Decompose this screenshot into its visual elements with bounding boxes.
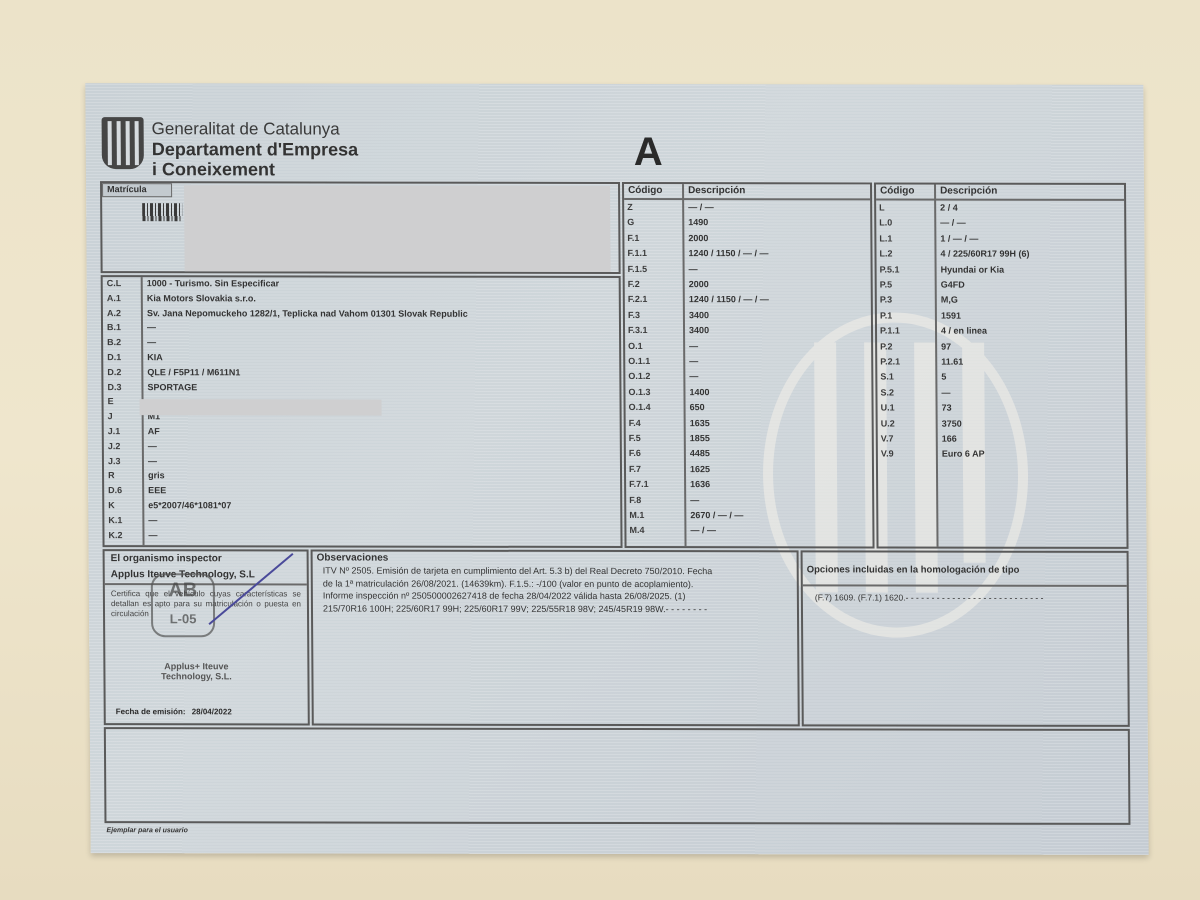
observaciones-title: Observaciones [317,552,389,563]
inspection-stamp: AB L-05 [151,573,215,637]
field-code: K [108,500,115,510]
field-value: EEE [148,485,166,495]
field-row: F.22000 [85,83,1143,85]
field-value: 3400 [689,325,709,335]
right-table [874,182,1129,548]
bottom-blank-box [104,727,1131,825]
field-value: — [147,323,156,333]
field-value: 4 / en linea [941,326,987,336]
field-code: B.1 [107,322,121,332]
department-name-cont: i Coneixement [152,159,275,180]
field-row: Z— / — [85,83,1143,85]
field-row: JM1 [85,83,1143,85]
field-code: P.2 [880,341,892,351]
field-value: 4485 [690,449,710,459]
field-code: K.2 [108,530,122,540]
field-code: F.8 [629,495,641,505]
field-row: F.51855 [85,83,1143,85]
field-row: C.L1000 - Turismo. Sin Especificar [85,83,1143,85]
category-letter: A [634,130,663,175]
field-code: F.7.1 [629,479,649,489]
field-value: 166 [942,434,957,444]
department-name: Departament d'Empresa [152,139,359,160]
observaciones-line: de la 1ª matriculación 26/08/2021. (1463… [323,577,793,590]
field-value: Sv. Jana Nepomuckeho 1282/1, Teplicka na… [147,308,468,319]
field-code: P.3 [880,295,892,305]
field-value: 1240 / 1150 / — / — [689,295,769,305]
org-name: Generalitat de Catalunya [152,119,340,139]
field-code: D.3 [107,382,121,392]
field-value: — [689,372,698,382]
field-value: 3750 [942,418,962,428]
field-code: A.2 [107,308,121,318]
opciones-value: (F.7) 1609. (F.7.1) 1620.- - - - - - - -… [815,592,1044,602]
field-value: — [690,495,699,505]
observaciones-text: ITV Nº 2505. Emisión de tarjeta en cumpl… [323,564,793,615]
field-code: J [108,411,113,421]
field-row: L.24 / 225/60R17 99H (6) [85,83,1143,85]
field-row: L.11 / — / — [85,83,1143,85]
field-code: M.1 [629,510,644,520]
copy-label: Ejemplar para el usuario [107,827,188,834]
field-value: — / — [690,526,716,536]
observaciones-line: Informe inspección nº 25050000262741​8 d… [323,589,793,602]
field-row: O.1— [85,83,1143,85]
matricula-label-cell: Matrícula [102,183,172,197]
field-row: U.173 [85,83,1143,85]
field-code: Z [627,202,633,212]
field-code: P.5.1 [880,264,900,274]
field-value: 1 / — / — [940,233,978,243]
field-code: L [879,202,885,212]
field-code: J.3 [108,456,121,466]
observaciones-line: 215/70R16 100H; 225/60R17 99H; 225/60R17… [323,602,793,615]
field-code: F.3 [628,310,640,320]
barcode-icon [142,203,182,221]
field-row: P.5G4FD [85,83,1143,85]
field-code: O.1 [628,341,643,351]
field-code: F.1.5 [628,264,648,274]
field-row: K.2— [85,83,1143,85]
field-value: 73 [942,403,952,413]
field-value: AF [148,426,160,436]
middle-fields: Z— / —G1490F.12000F.1.11240 / 1150 / — /… [85,83,1143,85]
field-code: F.6 [629,448,641,458]
field-code: L.2 [879,249,892,259]
field-value: — [147,337,156,347]
field-code: F.3.1 [628,325,648,335]
middle-code-header: Código [628,185,663,196]
field-row: P.1.14 / en linea [85,83,1143,85]
field-code: P.2.1 [880,356,900,366]
issue-date-value: 28/04/2022 [192,707,232,716]
field-code: L.0 [879,218,892,228]
field-row: L.0— / — [85,83,1143,85]
field-code: B.2 [107,337,121,347]
field-row: F.64485 [85,83,1143,85]
field-row: P.297 [85,83,1143,85]
field-value: SPORTAGE [147,382,197,392]
field-row: D.2QLE / F5P11 / M611N1 [85,83,1143,85]
field-value: e5*2007/46*1081*07 [148,500,231,510]
field-row: V.9Euro 6 AP [85,83,1143,85]
field-code: K.1 [108,515,122,525]
field-code: U.2 [881,418,895,428]
field-row: K.1— [85,83,1143,85]
field-value: — [689,264,698,274]
field-code: O.1.1 [628,356,650,366]
field-value: 11.61 [941,357,963,367]
redacted-plate [184,185,611,272]
field-code: D.6 [108,485,122,495]
field-row: P.5.1Hyundai or Kia [85,83,1143,85]
field-code: F.2 [628,279,640,289]
field-row: F.33400 [85,83,1143,85]
field-value: KIA [147,352,163,362]
field-value: 1240 / 1150 / — / — [688,248,768,258]
field-value: — [689,356,698,366]
left-fields: C.L1000 - Turismo. Sin EspecificarA.1Kia… [85,83,1143,85]
opciones-title: Opciones incluidas en la homologación de… [807,564,1020,575]
field-code: O.1.3 [628,387,650,397]
field-code: R [108,471,115,481]
field-value: 2000 [688,233,708,243]
field-code: S.1 [880,372,894,382]
field-code: D.1 [107,352,121,362]
field-code: A.1 [107,293,121,303]
field-value: M,G [941,295,958,305]
field-code: F.1 [627,233,639,243]
field-row: P.2.111.61 [85,83,1143,85]
field-row: J.2— [85,83,1143,85]
field-value: 1000 - Turismo. Sin Especificar [147,278,279,288]
field-value: gris [148,471,165,481]
field-row: O.1.4650 [85,83,1143,85]
field-row: S.15 [85,83,1143,85]
matricula-label: Matrícula [107,184,147,194]
field-value: — [689,341,698,351]
field-row: F.41635 [85,83,1143,85]
field-code: O.1.4 [629,402,651,412]
field-value: Hyundai or Kia [941,264,1005,274]
field-row: D.1KIA [85,83,1143,85]
field-value: 3400 [689,310,709,320]
field-value: — [941,387,950,397]
field-code: E [108,396,114,406]
field-code: D.2 [107,367,121,377]
field-code: J.1 [108,426,121,436]
field-value: — [148,515,157,525]
catalan-senyera-icon [102,117,144,169]
field-value: — [148,530,157,540]
stamp-company: Applus+ Iteuve Technology, S.L. [141,661,251,681]
field-value: — / — [688,202,714,212]
field-row: E [85,83,1143,85]
field-code: F.2.1 [628,294,648,304]
field-code: M.4 [629,525,644,535]
field-row: A.1Kia Motors Slovakia s.r.o. [85,83,1143,85]
field-row: Rgris [85,83,1143,85]
field-value: 1635 [690,418,710,428]
field-code: V.9 [881,449,894,459]
field-value: — [148,456,157,466]
field-value: 1400 [689,387,709,397]
right-code-header: Código [880,185,915,196]
field-code: G [627,217,634,227]
field-value: Kia Motors Slovakia s.r.o. [147,293,256,303]
field-row: O.1.2— [85,83,1143,85]
right-fields: L2 / 4L.0— / —L.11 / — / —L.24 / 225/60R… [85,83,1143,85]
field-row: G1490 [85,83,1143,85]
field-code: F.7 [629,464,641,474]
field-value: 1636 [690,479,710,489]
field-code: S.2 [880,387,894,397]
field-value: 2 / 4 [940,203,958,213]
opciones-box [801,550,1130,727]
middle-desc-header: Descripción [688,185,745,196]
field-value: 97 [941,341,951,351]
field-row: M.4— / — [85,83,1143,85]
field-row: U.23750 [85,83,1143,85]
field-value: — [148,441,157,451]
field-value: 650 [690,402,705,412]
observaciones-line: ITV Nº 2505. Emisión de tarjeta en cumpl… [323,564,793,577]
field-row: D.6EEE [85,83,1143,85]
field-value: G4FD [941,280,965,290]
field-row: F.71625 [85,83,1143,85]
field-row: B.1— [85,83,1143,85]
field-value: 1591 [941,310,961,320]
field-value: Euro 6 AP [942,449,985,459]
field-value: 5 [941,372,946,382]
field-row: V.7166 [85,83,1143,85]
field-row: F.7.11636 [85,83,1143,85]
field-row: B.2— [85,83,1143,85]
field-code: V.7 [881,433,894,443]
field-value: 1490 [688,218,708,228]
inspector-title: El organismo inspector [111,553,222,564]
issue-date-label: Fecha de emisión: [116,707,186,716]
middle-table [622,182,875,548]
field-code: F.4 [629,418,641,428]
field-value: 1855 [690,433,710,443]
field-row: Ke5*2007/46*1081*07 [85,83,1143,85]
field-row: O.1.31400 [85,83,1143,85]
field-row: F.1.5— [85,83,1143,85]
field-row: O.1.1— [85,83,1143,85]
field-row: F.3.13400 [85,83,1143,85]
field-row: F.8— [85,83,1143,85]
field-code: P.1 [880,310,892,320]
field-value: 4 / 225/60R17 99H (6) [940,249,1029,259]
vehicle-registration-card: Generalitat de Catalunya Departament d'E… [85,83,1148,855]
field-code: P.1.1 [880,326,900,336]
field-row: A.2Sv. Jana Nepomuckeho 1282/1, Teplicka… [85,83,1143,85]
field-row: F.12000 [85,83,1143,85]
field-row: S.2— [85,83,1143,85]
field-code: F.1.1 [627,248,647,258]
right-desc-header: Descripción [940,186,997,197]
field-row: M.12670 / — / — [85,83,1143,85]
field-row: L2 / 4 [85,83,1143,85]
field-row: J.1AF [85,83,1143,85]
field-row: F.2.11240 / 1150 / — / — [85,83,1143,85]
field-code: L.1 [879,233,892,243]
field-code: J.2 [108,441,121,451]
field-value: 2670 / — / — [690,510,743,520]
redacted-vin [140,399,382,415]
field-row: J.3— [85,83,1143,85]
field-code: C.L [107,278,122,288]
field-code: U.1 [881,403,895,413]
field-value: — / — [940,218,966,228]
field-row: D.3SPORTAGE [85,83,1143,85]
field-value: 1625 [690,464,710,474]
field-value: 2000 [689,279,709,289]
field-row: F.1.11240 / 1150 / — / — [85,83,1143,85]
field-code: O.1.2 [628,371,650,381]
field-code: F.5 [629,433,641,443]
field-code: P.5 [880,279,892,289]
field-value: QLE / F5P11 / M611N1 [147,367,240,377]
field-row: P.11591 [85,83,1143,85]
field-row: P.3M,G [85,83,1143,85]
